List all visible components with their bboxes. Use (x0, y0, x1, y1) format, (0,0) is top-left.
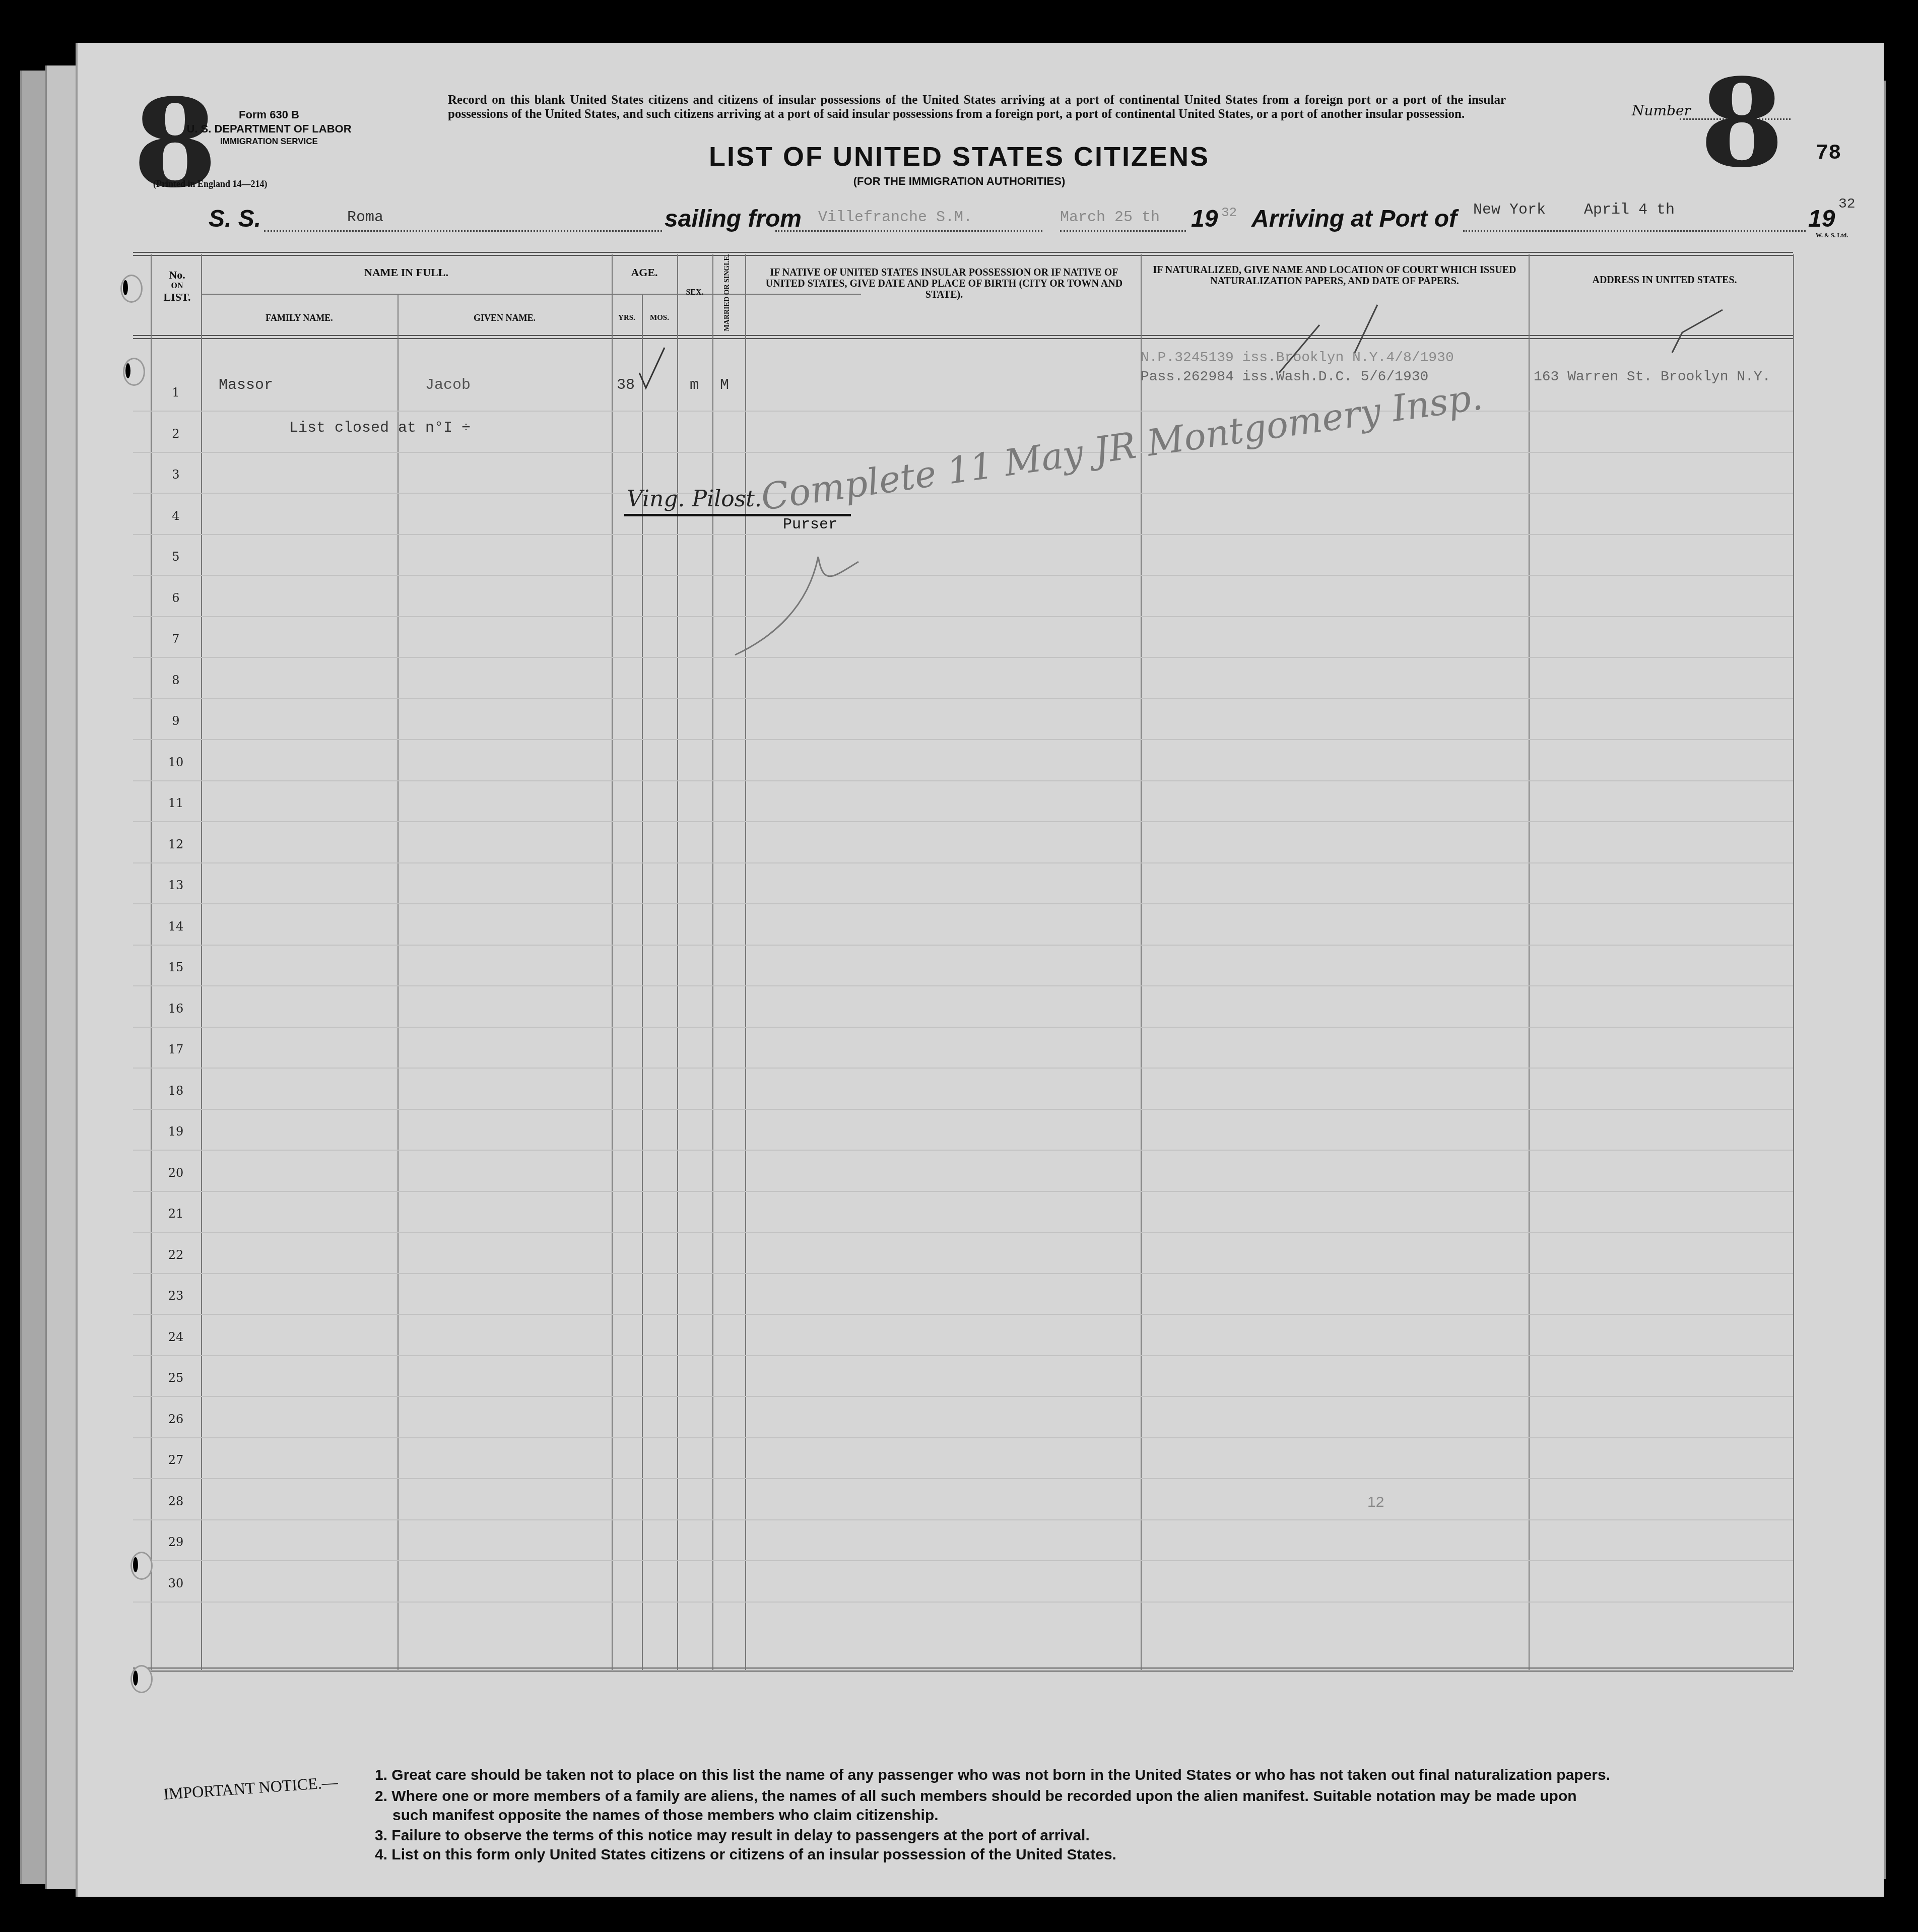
row-number: 5 (156, 550, 196, 564)
table-bottom-border (133, 1668, 1793, 1672)
header-naturalization: IF NATURALIZED, GIVE NAME AND LOCATION O… (1151, 264, 1518, 287)
page-title: LIST OF UNITED STATES CITIZENS (581, 141, 1337, 172)
header-age: AGE. (612, 267, 677, 278)
row-number: 30 (156, 1576, 196, 1590)
arriving-label: Arriving at Port of (1251, 205, 1457, 233)
entry-address: 163 Warren St. Brooklyn N.Y. (1534, 369, 1770, 385)
row-number: 10 (156, 755, 196, 769)
departure-year-prefix: 19 (1191, 205, 1218, 233)
arrival-port: New York (1473, 202, 1546, 219)
row-line (133, 780, 1793, 781)
row-number: 20 (156, 1166, 196, 1180)
notice-item-2: 2. Where one or more members of a family… (375, 1787, 1861, 1806)
arrival-date: April 4 th (1584, 202, 1675, 219)
header-name-in-full: NAME IN FULL. (201, 267, 612, 278)
row-number: 24 (156, 1330, 196, 1344)
ss-label: S. S. (209, 205, 261, 233)
row-line (133, 575, 1793, 576)
row-number: 14 (156, 919, 196, 934)
header-yrs: YRS. (612, 312, 642, 323)
row-number: 9 (156, 714, 196, 728)
checkmark-icon (1352, 302, 1382, 358)
entry-marital-status: M (720, 377, 729, 394)
notice-item-4: 4. List on this form only United States … (375, 1845, 1483, 1864)
header-list: LIST. (153, 292, 201, 303)
row-line (133, 985, 1793, 986)
notice-item-1: 1. Great care should be taken not to pla… (375, 1766, 1836, 1785)
page-subtitle: (FOR THE IMMIGRATION AUTHORITIES) (733, 175, 1186, 188)
col-line-naturalization (1529, 254, 1530, 1670)
row-line (133, 1191, 1793, 1192)
page-number: 78 (1816, 141, 1841, 165)
row-number: 22 (156, 1248, 196, 1262)
table-top-border (133, 252, 1793, 256)
arrival-year-prefix: 19 (1808, 205, 1835, 233)
departure-date: March 25 th (1060, 209, 1160, 226)
row-line (133, 1314, 1793, 1315)
row-line (133, 945, 1793, 946)
row-number: 19 (156, 1124, 196, 1139)
entry-family-name: Massor (219, 377, 273, 394)
punch-hole (130, 1552, 153, 1580)
entry-given-name: Jacob (425, 377, 471, 394)
row-line (133, 1437, 1793, 1438)
row-number: 13 (156, 878, 196, 892)
col-line-mos (677, 254, 678, 1670)
entry-sex: m (690, 377, 699, 394)
col-line-married (745, 254, 746, 1670)
faint-stamp: 12 (1367, 1494, 1384, 1511)
header-married-or-single: MARRIED OR SINGLE. (722, 245, 733, 341)
row-line (133, 903, 1793, 904)
punch-hole (120, 275, 143, 303)
printed-in: (Printed in England 14—214) (153, 179, 268, 189)
row-line (133, 1109, 1793, 1110)
arrival-underline (1463, 230, 1806, 232)
row-line (133, 534, 1793, 535)
row-number: 29 (156, 1535, 196, 1549)
number-label: Number (1632, 102, 1691, 119)
row-line (133, 1355, 1793, 1356)
row-number: 8 (156, 673, 196, 687)
notice-label: IMPORTANT NOTICE.— (163, 1772, 339, 1804)
checkmark-icon (1670, 307, 1725, 358)
row-number: 26 (156, 1412, 196, 1426)
row-line (133, 1232, 1793, 1233)
row-number: 18 (156, 1084, 196, 1098)
col-line-birth (1141, 254, 1142, 1670)
departure-port: Villefranche S.M. (818, 209, 972, 226)
header-no: No. (153, 270, 201, 281)
row-line (133, 657, 1793, 658)
row-number: 17 (156, 1042, 196, 1056)
departure-port-underline (775, 230, 1042, 232)
purser-label: Purser (783, 516, 837, 534)
col-line-no (201, 254, 202, 1670)
col-line-given (612, 254, 613, 1670)
row-number: 3 (156, 468, 196, 482)
row-number: 4 (156, 509, 196, 523)
checkmark-icon (637, 345, 667, 390)
header-address: ADDRESS IN UNITED STATES. (1539, 275, 1791, 286)
handwritten-flourish (733, 547, 864, 657)
row-line (133, 1068, 1793, 1069)
departure-date-underline (1060, 230, 1186, 232)
list-closed-note: List closed at n°I ÷ (289, 420, 471, 437)
header-mos: MOS. (642, 312, 677, 323)
ship-name-underline (264, 230, 662, 232)
checkmark-icon (1277, 322, 1322, 378)
row-number: 15 (156, 960, 196, 974)
row-line (133, 616, 1793, 617)
row-line (133, 411, 1793, 412)
row-number: 28 (156, 1494, 196, 1508)
row-number: 21 (156, 1207, 196, 1221)
row-number: 12 (156, 837, 196, 851)
header-given-name: GIVEN NAME. (398, 312, 612, 323)
row-number: 1 (156, 385, 196, 399)
col-line-sex (712, 254, 713, 1670)
row-line (133, 862, 1793, 863)
arrival-year-suffix: 32 (1838, 196, 1856, 212)
row-line (133, 1396, 1793, 1397)
header-on: ON (153, 281, 201, 292)
ship-name: Roma (347, 209, 383, 226)
purser-signature: Ving. Pilost. (627, 486, 762, 512)
row-line (133, 821, 1793, 822)
departure-year-suffix: 32 (1221, 205, 1237, 220)
col-line-address (1793, 254, 1794, 1670)
form-number: Form 630 B (193, 108, 345, 121)
record-instruction: Record on this blank United States citiz… (448, 93, 1506, 121)
notice-item-3: 3. Failure to observe the terms of this … (375, 1826, 1382, 1845)
header-family-name: FAMILY NAME. (201, 312, 398, 323)
row-number: 23 (156, 1289, 196, 1303)
row-line (133, 1150, 1793, 1151)
punch-hole (130, 1665, 153, 1693)
row-number: 6 (156, 591, 196, 605)
row-line (133, 1273, 1793, 1274)
row-line (133, 1560, 1793, 1561)
manifest-page: 8 Form 630 B U. S. DEPARTMENT OF LABOR I… (76, 43, 1884, 1897)
row-line (133, 493, 1793, 494)
row-line (133, 1602, 1793, 1603)
department: U. S. DEPARTMENT OF LABOR (178, 122, 360, 136)
row-number: 25 (156, 1371, 196, 1385)
row-number: 11 (156, 796, 196, 810)
col-line-family (398, 294, 399, 1670)
row-line (133, 1519, 1793, 1520)
header-birth-info: IF NATIVE OF UNITED STATES INSULAR POSSE… (755, 267, 1133, 300)
inspector-annotation: Complete 11 May JR Montgomery Insp. (758, 375, 1485, 518)
sailing-from-label: sailing from (665, 205, 802, 233)
row-number: 7 (156, 632, 196, 646)
row-line (133, 739, 1793, 740)
header-no-on-list: No. ON LIST. (153, 270, 201, 303)
list-number-value: 8 (1700, 63, 1784, 184)
row-line (133, 698, 1793, 699)
printer-mark: W. & S. Ltd. (1816, 232, 1848, 239)
col-line-margin (151, 254, 152, 1670)
header-sex: SEX. (677, 287, 712, 298)
row-number: 16 (156, 1002, 196, 1016)
service: IMMIGRATION SERVICE (193, 137, 345, 147)
row-line (133, 1478, 1793, 1479)
punch-hole (123, 358, 145, 386)
row-number: 2 (156, 427, 196, 441)
row-number: 27 (156, 1453, 196, 1467)
notice-item-2-cont: such manifest opposite the names of thos… (392, 1806, 1400, 1825)
row-line (133, 1027, 1793, 1028)
table-header-bottom-border (133, 335, 1793, 339)
entry-age-yrs: 38 (617, 377, 635, 394)
